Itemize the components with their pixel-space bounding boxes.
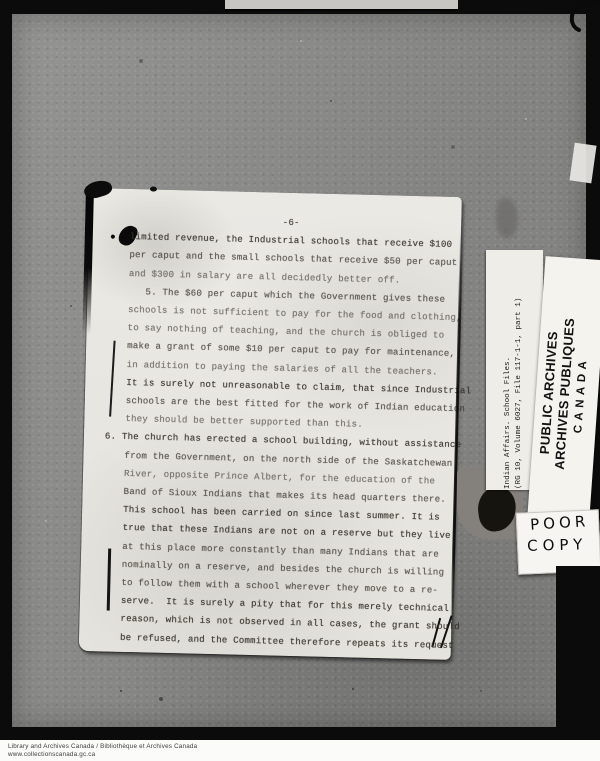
document-page: -6- limited revenue, the Industrial scho… [79,188,462,660]
attribution-url: www.collectionscanada.gc.ca [8,751,95,758]
poor-copy-note: POOR COPY [516,509,600,575]
paper-notch-mark [150,186,157,191]
film-frame-edge [556,566,600,740]
margin-mark [109,341,116,417]
attribution-text: Library and Archives Canada / Bibliothèq… [8,743,197,750]
file-reference-line: Indian Affairs. School Files. [503,251,514,489]
film-hook-mark-icon [556,0,600,41]
poor-copy-line: COPY [518,533,600,557]
film-specks [0,0,2,2]
microfilm-frame: -6- limited revenue, the Industrial scho… [0,0,600,761]
adjacent-frame-edge [225,0,458,11]
margin-mark [107,549,112,611]
file-reference-line: (RG 10, Volume 6027, File 117-1-1, part … [514,251,525,489]
attribution-footer: Library and Archives Canada / Bibliothèq… [0,740,600,761]
label-edge-sliver [569,143,596,184]
film-smudge [496,198,518,238]
typewritten-text: -6- limited revenue, the Industrial scho… [120,210,453,655]
